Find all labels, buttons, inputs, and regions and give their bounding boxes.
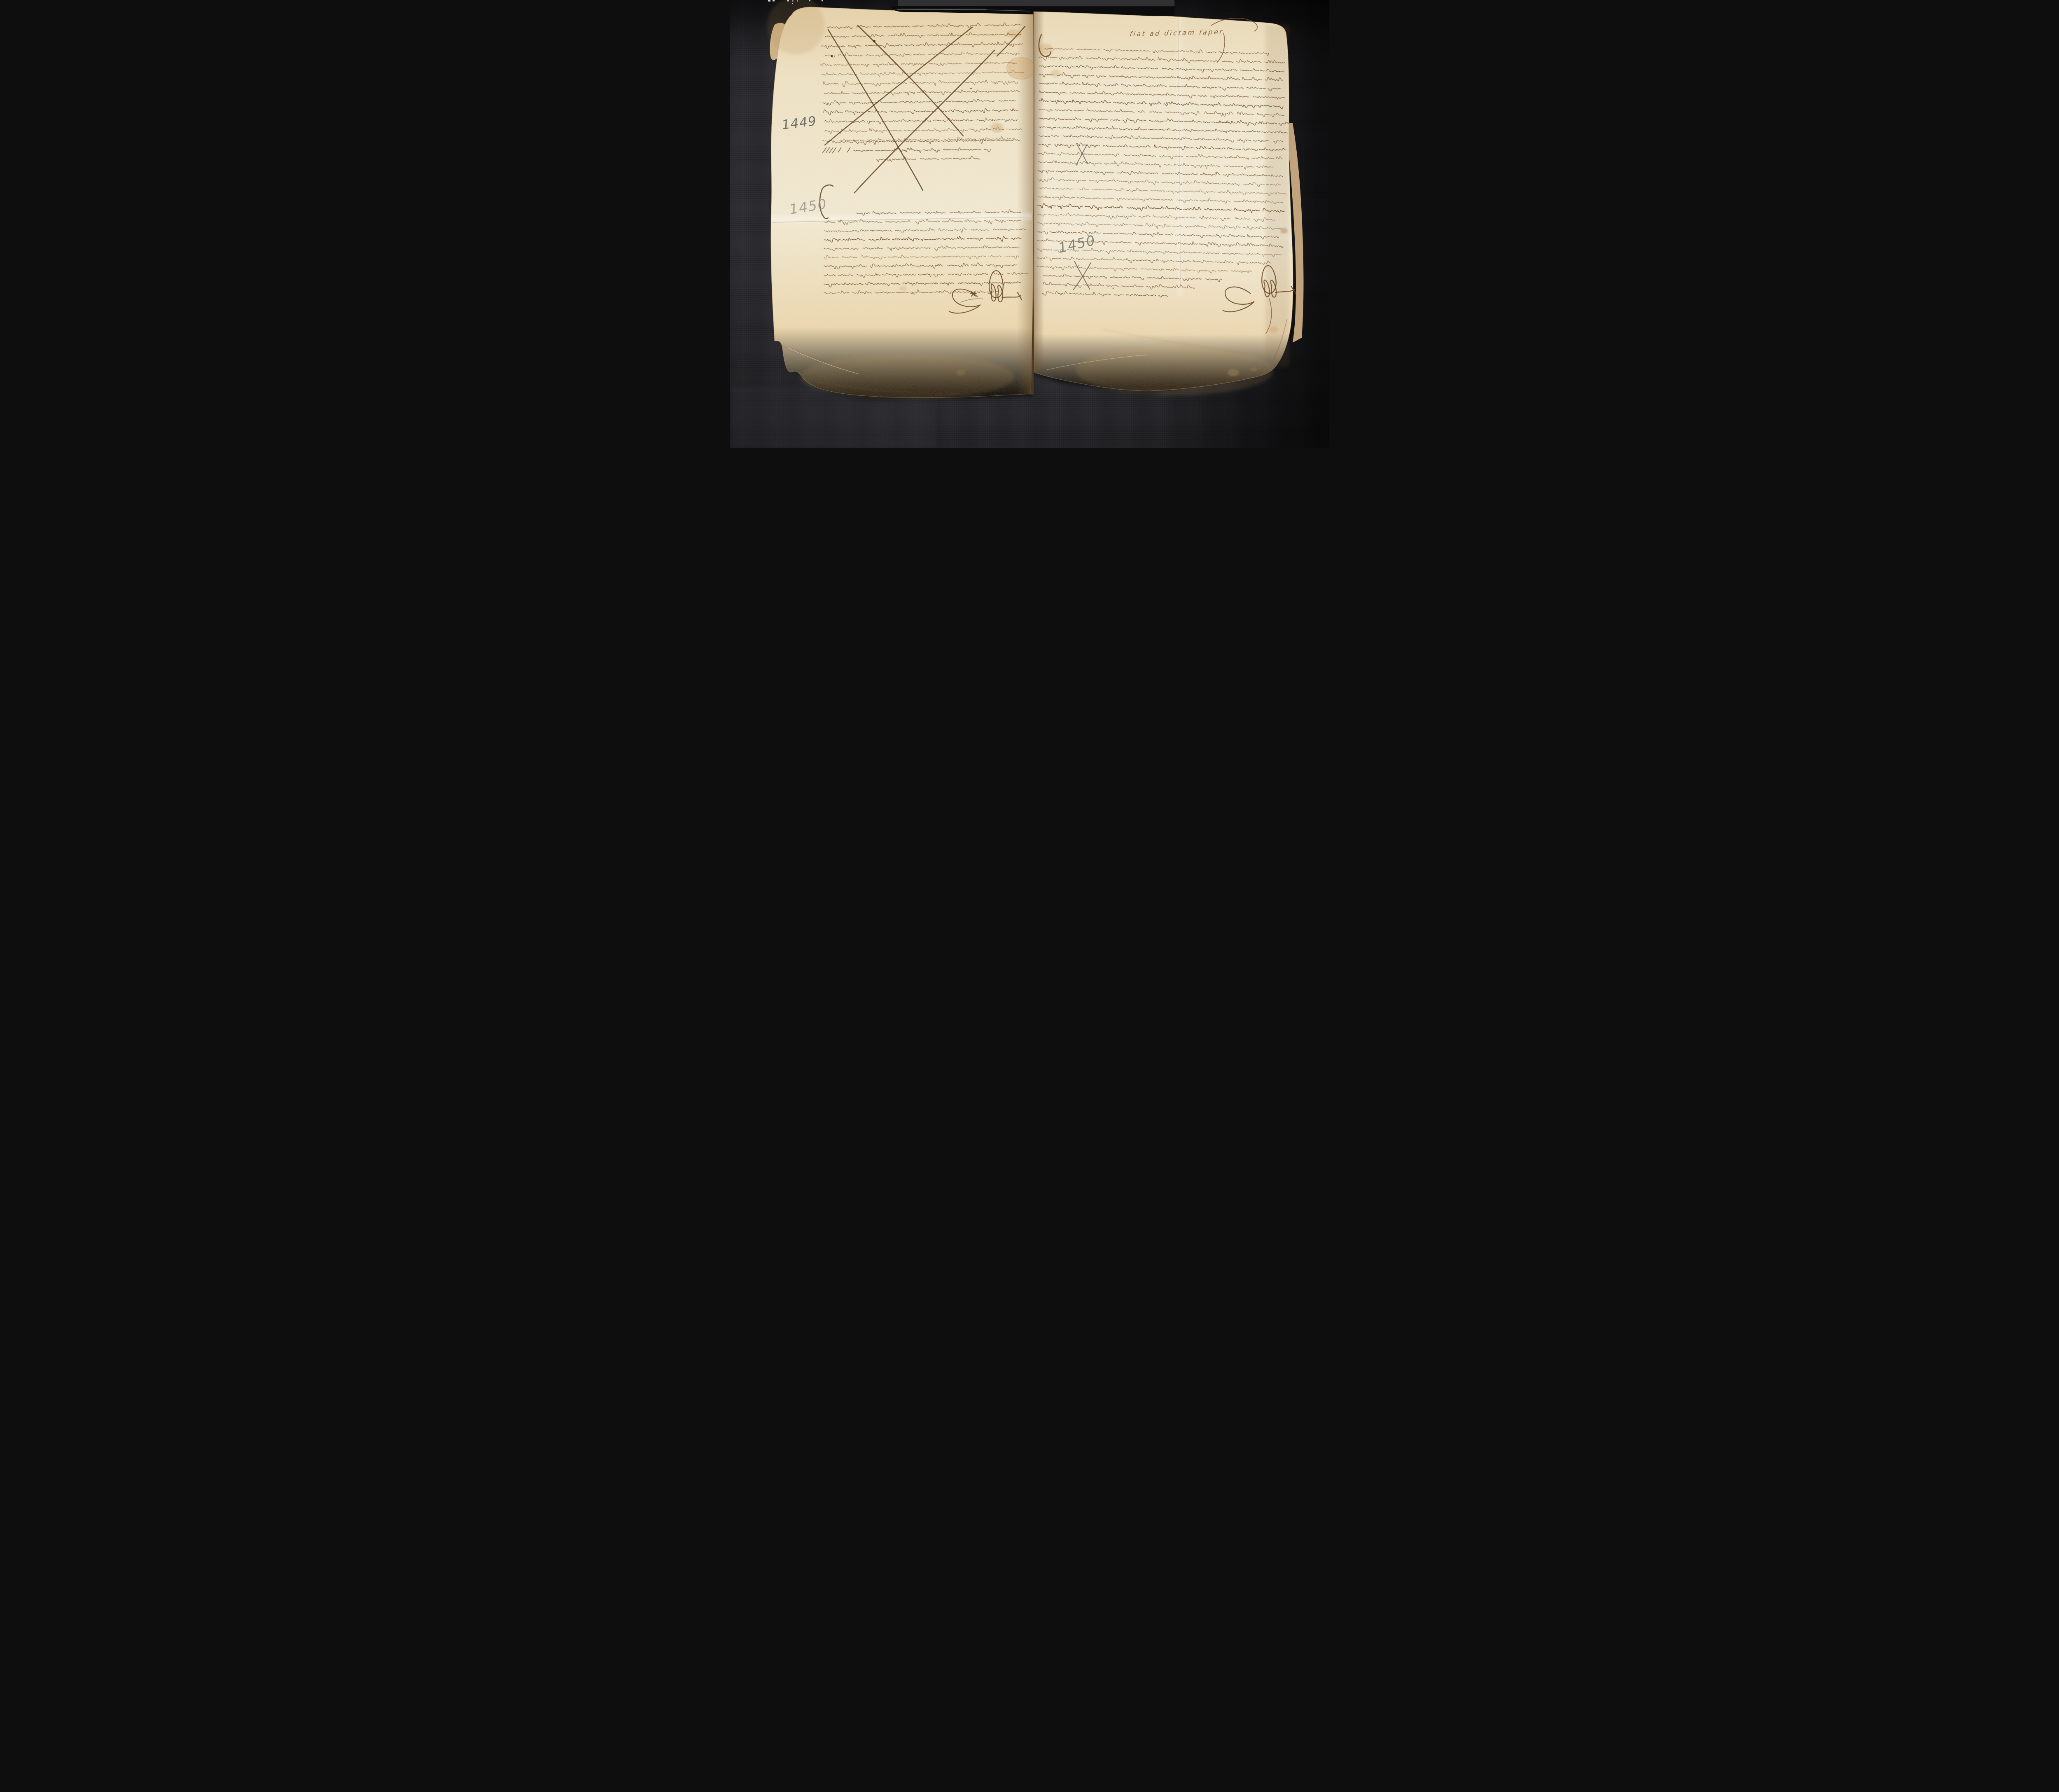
wormhole [970, 88, 971, 89]
wormhole [1113, 288, 1114, 289]
calibration-panel [898, 0, 1174, 7]
manuscript-photo-canvas: fiat ad dictam faper 1449 1450 1450 [730, 0, 1329, 448]
wormhole [1166, 103, 1167, 104]
manuscript-photo: fiat ad dictam faper 1449 1450 1450 [730, 0, 1329, 448]
